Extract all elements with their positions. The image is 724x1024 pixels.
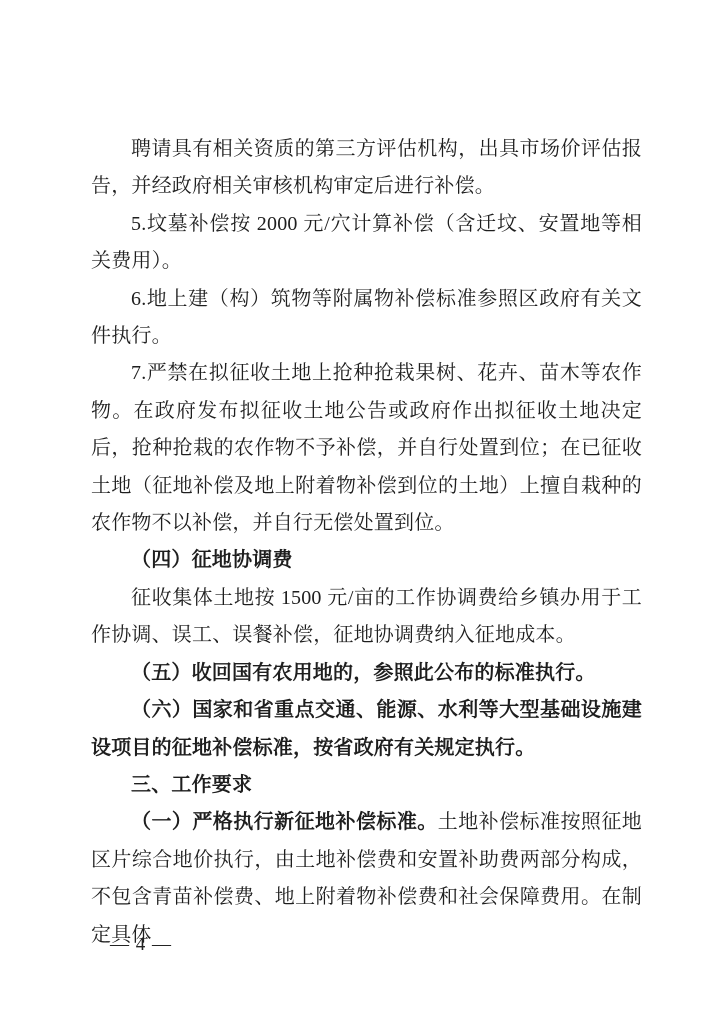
text-run: （四）征地协调费 <box>131 549 293 571</box>
paragraph: 7.严禁在拟征收土地上抢种抢栽果树、花卉、苗木等农作物。在政府发布拟征收土地公告… <box>91 355 642 542</box>
text-run: （一）严格执行新征地补偿标准。 <box>131 811 438 833</box>
text-run: 征收集体土地按 1500 元/亩的工作协调费给乡镇办用于工作协调、误工、误餐补偿… <box>91 587 642 646</box>
text-run: （六）国家和省重点交通、能源、水利等大型基础设施建设项目的征地补偿标准，按省政府… <box>91 699 642 758</box>
section-heading: 三、工作要求 <box>91 767 642 804</box>
text-run: 三、工作要求 <box>131 774 252 796</box>
paragraph: 6.地上建（构）筑物等附属物补偿标准参照区政府有关文件执行。 <box>91 281 642 356</box>
section-heading: （六）国家和省重点交通、能源、水利等大型基础设施建设项目的征地补偿标准，按省政府… <box>91 692 642 767</box>
text-run: 聘请具有相关资质的第三方评估机构，出具市场价评估报告，并经政府相关审核机构审定后… <box>91 138 642 197</box>
paragraph: 聘请具有相关资质的第三方评估机构，出具市场价评估报告，并经政府相关审核机构审定后… <box>91 131 642 206</box>
section-heading: （四）征地协调费 <box>91 542 642 579</box>
text-run: 5.坟墓补偿按 2000 元/穴计算补偿（含迁坟、安置地等相关费用）。 <box>91 213 642 272</box>
text-run: 6.地上建（构）筑物等附属物补偿标准参照区政府有关文件执行。 <box>91 288 642 347</box>
paragraph: （一）严格执行新征地补偿标准。土地补偿标准按照征地区片综合地价执行，由土地补偿费… <box>91 804 642 954</box>
document-body: 聘请具有相关资质的第三方评估机构，出具市场价评估报告，并经政府相关审核机构审定后… <box>91 131 642 954</box>
text-run: （五）收回国有农用地的，参照此公布的标准执行。 <box>131 662 596 684</box>
page-number: — 4 — <box>110 934 172 955</box>
page-footer: — 4 — <box>110 934 172 956</box>
paragraph: 征收集体土地按 1500 元/亩的工作协调费给乡镇办用于工作协调、误工、误餐补偿… <box>91 580 642 655</box>
text-run: 7.严禁在拟征收土地上抢种抢栽果树、花卉、苗木等农作物。在政府发布拟征收土地公告… <box>91 362 642 534</box>
paragraph: 5.坟墓补偿按 2000 元/穴计算补偿（含迁坟、安置地等相关费用）。 <box>91 206 642 281</box>
section-heading: （五）收回国有农用地的，参照此公布的标准执行。 <box>91 655 642 692</box>
document-page: 聘请具有相关资质的第三方评估机构，出具市场价评估报告，并经政府相关审核机构审定后… <box>0 0 724 1024</box>
